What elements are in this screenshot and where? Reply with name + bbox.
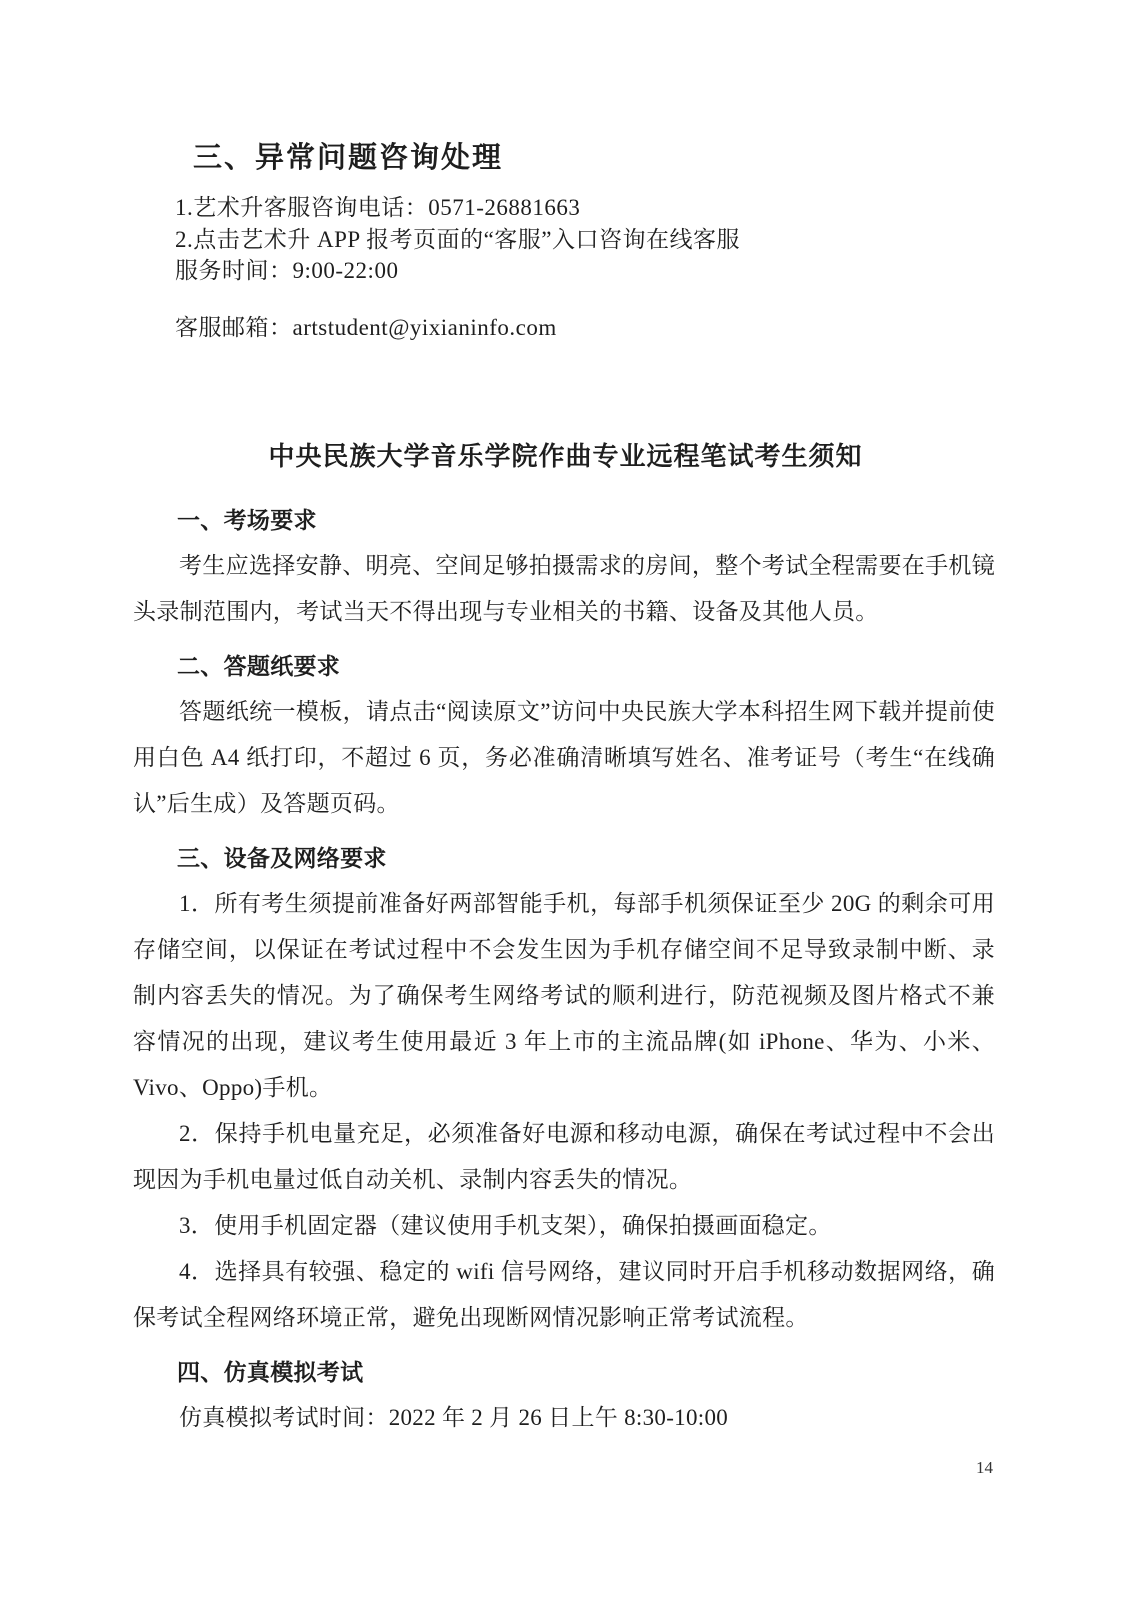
section-heading-mock-exam: 四、仿真模拟考试	[133, 1349, 995, 1395]
faq-section: 三、异常问题咨询处理 1.艺术升客服咨询电话：0571-26881663 2.点…	[175, 135, 1131, 342]
faq-line-phone: 1.艺术升客服咨询电话：0571-26881663	[175, 192, 1131, 224]
paragraph-device-1: 1．所有考生须提前准备好两部智能手机，每部手机须保证至少 20G 的剩余可用存储…	[133, 881, 995, 1111]
page-number: 14	[976, 1458, 993, 1478]
section-heading-exam-room: 一、考场要求	[133, 497, 995, 543]
paragraph-device-4: 4．选择具有较强、稳定的 wifi 信号网络，建议同时开启手机移动数据网络，确保…	[133, 1249, 995, 1341]
faq-line-app: 2.点击艺术升 APP 报考页面的“客服”入口咨询在线客服	[175, 224, 1131, 256]
document-page: 三、异常问题咨询处理 1.艺术升客服咨询电话：0571-26881663 2.点…	[0, 0, 1131, 1600]
faq-heading: 三、异常问题咨询处理	[193, 135, 1131, 176]
notice-title: 中央民族大学音乐学院作曲专业远程笔试考生须知	[0, 436, 1131, 473]
paragraph-device-2: 2．保持手机电量充足，必须准备好电源和移动电源，确保在考试过程中不会出现因为手机…	[133, 1111, 995, 1203]
paragraph-exam-room: 考生应选择安静、明亮、空间足够拍摄需求的房间，整个考试全程需要在手机镜头录制范围…	[133, 543, 995, 635]
paragraph-answer-sheet: 答题纸统一模板，请点击“阅读原文”访问中央民族大学本科招生网下载并提前使用白色 …	[133, 689, 995, 827]
paragraph-device-3: 3．使用手机固定器（建议使用手机支架），确保拍摄画面稳定。	[133, 1203, 995, 1249]
faq-line-service-hours: 服务时间：9:00-22:00	[175, 255, 1131, 287]
notice-body: 一、考场要求 考生应选择安静、明亮、空间足够拍摄需求的房间，整个考试全程需要在手…	[133, 497, 995, 1441]
faq-line-email: 客服邮箱：artstudent@yixianinfo.com	[175, 309, 1131, 342]
section-heading-answer-sheet: 二、答题纸要求	[133, 643, 995, 689]
paragraph-mock-exam-time: 仿真模拟考试时间：2022 年 2 月 26 日上午 8:30-10:00	[133, 1395, 995, 1441]
section-heading-device-network: 三、设备及网络要求	[133, 835, 995, 881]
